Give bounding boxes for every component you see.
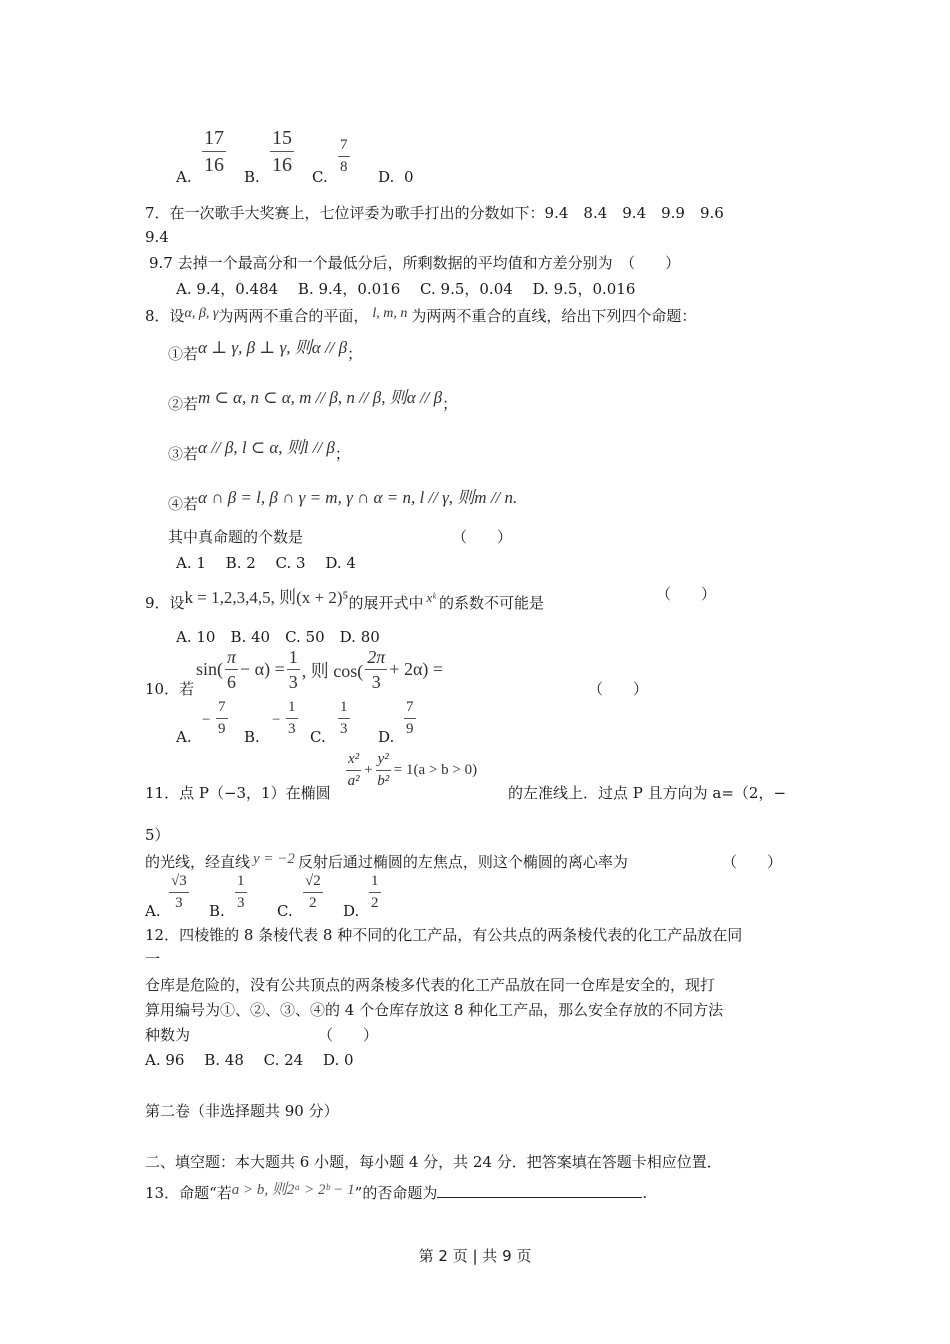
q11-ellipse-equation: x²a² + y²b² = 1(a > b > 0) [346,752,477,789]
q11-line3-suffix: 反射后通过椭圆的左焦点，则这个椭圆的离心率为 [298,853,628,871]
q12-line1: 12．四棱锥的 8 条棱代表 8 种不同的化工产品，有公共点的两条棱代表的化工产… [145,924,742,945]
q10-option-b-fraction: 13 [286,700,298,737]
q11-answer-paren: （ ） [722,851,782,872]
denominator: b² [377,774,389,789]
q11-after: 的左准线上．过点 P 且方向为 a=（2，− [508,782,786,803]
prop-prefix: ①若 [168,345,198,363]
q7-line2: 9.4 [145,228,169,246]
denominator: 16 [204,155,224,175]
q10-tail: + 2α) = [389,659,443,680]
q10-frac-1-3: 13 [287,648,300,691]
denominator: 3 [237,896,245,911]
numerator: 1 [338,700,350,715]
numerator: π [225,648,238,666]
numerator: 2π [365,648,387,666]
q13-end: . [642,1184,647,1202]
q9-math-k: k = 1,2,3,4,5, 则(x + 2)⁵ [185,588,349,607]
q10-option-c-fraction: 13 [338,700,350,737]
q8-options: A. 1 B. 2 C. 3 D. 4 [176,552,356,573]
q8-proposition-3: ③若α // β, l ⊂ α, 则l // β； [168,433,350,464]
q13-suffix: ”的否命题为 [355,1184,438,1202]
q8-proposition-1: ①若α ⊥ γ, β ⊥ γ, 则α // β； [168,333,362,364]
q8-intro-prefix: 8．设 [145,307,185,325]
q6-option-b-label: B. [244,168,260,186]
q9-stem: 9．设k = 1,2,3,4,5, 则(x + 2)⁵的展开式中xᵏ的系数不可能… [145,583,544,613]
numerator: 7 [404,700,416,715]
fill-in-heading: 二、填空题：本大题共 6 小题，每小题 4 分，共 24 分．把答案填在答题卡相… [145,1151,722,1172]
prop-suffix: ； [347,345,362,363]
q11-prefix: 11．点 P（−3，1）在椭圆 [145,782,331,803]
q11-option-d-fraction: 12 [369,874,381,911]
numerator: 7 [338,138,350,153]
q12-line5: 种数为 [145,1024,190,1045]
numerator: √2 [303,874,323,889]
denominator: 3 [372,673,381,691]
numerator: 1 [287,648,300,666]
plus-sign: + [364,762,372,779]
q10-mid2: , 则 cos( [302,657,364,683]
numerator: 1 [235,874,247,889]
q11-option-c-fraction: √22 [303,874,323,911]
q11-line3-prefix: 的光线，经直线 [145,853,250,871]
numerator: 1 [286,700,298,715]
denominator: 2 [371,896,379,911]
q11-frac-y2-b2: y²b² [376,752,391,789]
q11-option-a-fraction: √33 [169,874,189,911]
q8-intro-suffix: 为两两不重合的直线，给出下列四个命题： [411,307,696,325]
q9-answer-paren: （ ） [656,583,716,604]
numerator: x² [346,752,361,767]
q7-options: A. 9.4，0.484 B. 9.4，0.016 C. 9.5，0.04 D.… [176,278,635,299]
q7-line3: 9.7 去掉一个最高分和一个最低分后，所剩数据的平均值和方差分别为 （ ） [149,252,680,273]
q12-options: A. 96 B. 48 C. 24 D. 0 [145,1049,354,1070]
q10-option-a-label: A. [176,728,192,746]
q8-planes-math: α, β, γ [185,306,219,321]
q13-math: a > b, 则2ᵃ > 2ᵇ − 1 [232,1182,355,1198]
q10-equation: sin( π6 − α) = 13 , 则 cos( 2π3 + 2α) = [196,648,443,691]
denominator: 3 [340,722,348,737]
q10-option-b-sign: − [272,712,280,729]
prop-math: α // β, l ⊂ α, 则l // β [198,438,335,457]
q8-intro: 8．设α, β, γ为两两不重合的平面，l, m, n为两两不重合的直线，给出下… [145,305,696,326]
q8-answer-paren: （ ） [452,526,512,547]
q8-proposition-4: ④若α ∩ β = l, β ∩ γ = m, γ ∩ α = n, l // … [168,483,517,514]
q10-mid1: − α) = [240,659,285,680]
q8-proposition-2: ②若m ⊂ α, n ⊂ α, m // β, n // β, 则α // β； [168,383,457,414]
q9-mid: 的展开式中 [348,594,423,612]
q9-math-xk: xᵏ [427,590,436,605]
q6-option-c-fraction: 78 [338,138,350,175]
q11-eq-tail: = 1(a > b > 0) [394,762,477,779]
denominator: 3 [289,673,298,691]
numerator: y² [376,752,391,767]
prop-prefix: ③若 [168,445,198,463]
q10-answer-paren: （ ） [588,678,648,699]
q11-option-c-label: C. [277,902,293,920]
q7-line1: 7．在一次歌手大奖赛上，七位评委为歌手打出的分数如下：9.4 8.4 9.4 9… [145,202,724,223]
q13-stem: 13．命题“若a > b, 则2ᵃ > 2ᵇ − 1”的否命题为. [145,1178,647,1203]
denominator: 9 [218,722,226,737]
section2-title: 第二卷（非选择题共 90 分） [145,1100,339,1121]
q10-option-d-label: D. [378,728,394,746]
q6-option-a-fraction: 1716 [202,128,226,175]
q10-option-d-fraction: 79 [404,700,416,737]
denominator: a² [348,774,360,789]
q6-option-a-label: A. [176,168,192,186]
denominator: 8 [340,160,348,175]
q12-answer-paren: （ ） [318,1024,378,1045]
q6-option-d-value: 0 [404,168,414,186]
q11-line3: 的光线，经直线y = −2反射后通过椭圆的左焦点，则这个椭圆的离心率为 [145,851,628,872]
q12-line3: 仓库是危险的，没有公共顶点的两条棱多代表的化工产品放在同一仓库是安全的，现打 [145,974,715,995]
numerator: 15 [270,128,294,148]
q10-sin: sin( [196,659,223,680]
denominator: 2 [309,896,317,911]
q11-option-b-label: B. [209,902,225,920]
q8-intro-mid: 为两两不重合的平面， [218,307,368,325]
denominator: 3 [175,896,183,911]
denominator: 9 [406,722,414,737]
prop-math: α ⊥ γ, β ⊥ γ, 则α // β [198,338,347,357]
q12-line2: 一 [145,948,160,969]
q8-question: 其中真命题的个数是 [168,526,303,547]
numerator: 1 [369,874,381,889]
q10-option-b-label: B. [244,728,260,746]
prop-math: m ⊂ α, n ⊂ α, m // β, n // β, 则α // β [198,388,442,407]
denominator: 16 [272,155,292,175]
page-footer: 第 2 页 | 共 9 页 [0,1245,950,1266]
denominator: 3 [288,722,296,737]
q9-suffix: 的系数不可能是 [439,594,544,612]
numerator: 17 [202,128,226,148]
q11-frac-x2-a2: x²a² [346,752,361,789]
q11-option-b-fraction: 13 [235,874,247,911]
denominator: 6 [227,673,236,691]
q9-prefix: 9．设 [145,594,185,612]
q8-lines-math: l, m, n [372,306,407,321]
q10-prefix: 10．若 [145,678,194,699]
q10-option-a-fraction: 79 [216,700,228,737]
prop-prefix: ④若 [168,495,198,513]
q11-option-d-label: D. [343,902,359,920]
q10-frac-pi-6: π6 [225,648,238,691]
q6-option-c-label: C. [312,168,328,186]
q11-option-a-label: A. [145,902,161,920]
q6-option-d-label: D. [378,168,394,186]
q6-option-b-fraction: 1516 [270,128,294,175]
numerator: √3 [169,874,189,889]
q10-option-a-sign: − [202,712,210,729]
q10-option-c-label: C. [310,728,326,746]
prop-suffix: ； [442,395,457,413]
q11-line-math: y = −2 [253,851,295,867]
q11-line2: 5） [145,824,170,845]
prop-suffix: ； [335,445,350,463]
prop-math: α ∩ β = l, β ∩ γ = m, γ ∩ α = n, l // γ,… [198,488,517,507]
q13-prefix: 13．命题“若 [145,1184,232,1202]
q10-frac-2pi-3: 2π3 [365,648,387,691]
numerator: 7 [216,700,228,715]
prop-prefix: ②若 [168,395,198,413]
q13-answer-blank[interactable] [437,1183,642,1198]
q9-options: A. 10 B. 40 C. 50 D. 80 [176,626,380,647]
q12-line4: 算用编号为①、②、③、④的 4 个仓库存放这 8 种化工产品，那么安全存放的不同… [145,999,723,1020]
